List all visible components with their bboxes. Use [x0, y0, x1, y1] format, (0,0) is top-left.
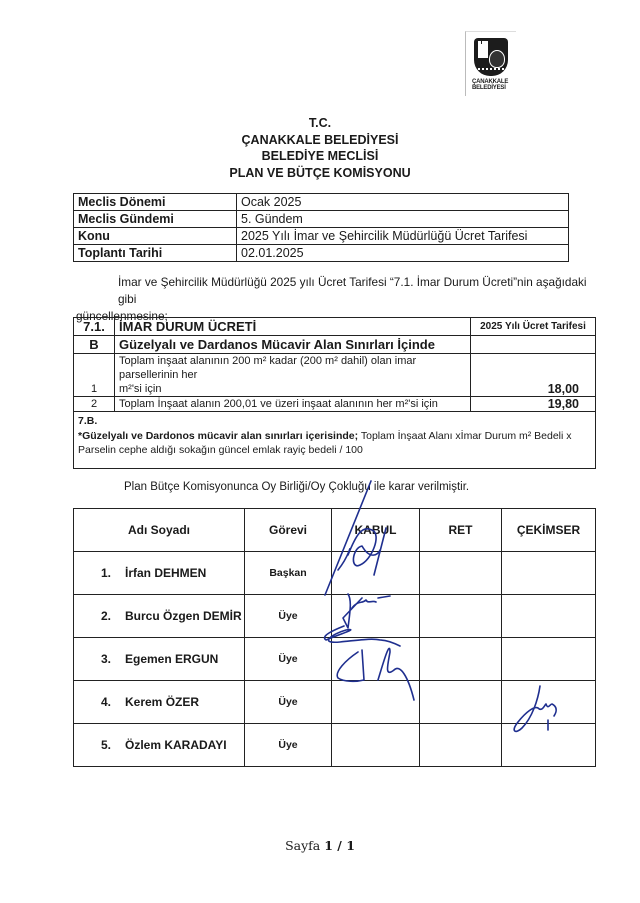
footer-prefix: Sayfa	[285, 838, 324, 853]
tariff-value: 19,80	[471, 397, 596, 412]
reject-cell	[420, 638, 502, 681]
abstain-cell	[502, 681, 596, 724]
table-row: 3.Egemen ERGUN Üye	[74, 638, 596, 681]
tariff-table: 7.1. İMAR DURUM ÜCRETİ 2025 Yılı Ücret T…	[73, 317, 596, 469]
page-number: 1 / 1	[324, 838, 355, 853]
note-bold: *Güzelyalı ve Dardonos mücavir alan sını…	[78, 430, 358, 442]
tariff-column-header: 2025 Yılı Ücret Tarifesi	[471, 318, 596, 336]
header-line: T.C.	[0, 115, 640, 132]
vote-header-row: Adı Soyadı Görevi KABUL RET ÇEKİMSER	[74, 509, 596, 552]
section-title: Güzelyalı ve Dardanos Mücavir Alan Sınır…	[115, 336, 471, 354]
member-role: Üye	[245, 595, 332, 638]
info-value: 02.01.2025	[237, 245, 569, 262]
abstain-cell	[502, 724, 596, 767]
table-row: Meclis DönemiOcak 2025	[74, 194, 569, 211]
description-line: m²'si için	[119, 382, 466, 396]
tariff-code: 7.1.	[74, 318, 115, 336]
reject-cell	[420, 681, 502, 724]
table-row: 1 Toplam inşaat alanının 200 m² kadar (2…	[74, 354, 596, 397]
note-code: 7.B.	[78, 414, 591, 429]
accept-cell	[332, 595, 420, 638]
tariff-note-row: 7.B. *Güzelyalı ve Dardonos mücavir alan…	[74, 412, 596, 469]
info-value: 2025 Yılı İmar ve Şehircilik Müdürlüğü Ü…	[237, 228, 569, 245]
accept-cell	[332, 724, 420, 767]
member-role: Üye	[245, 724, 332, 767]
decision-text: Plan Bütçe Komisyonunca Oy Birliği/Oy Ço…	[124, 481, 469, 493]
info-label: Meclis Gündemi	[74, 211, 237, 228]
page-footer: Sayfa 1 / 1	[0, 838, 640, 853]
member-role: Üye	[245, 681, 332, 724]
description-line: Toplam inşaat alanının 200 m² kadar (200…	[119, 354, 466, 382]
table-row: Meclis Gündemi5. Gündem	[74, 211, 569, 228]
table-row: 4.Kerem ÖZER Üye	[74, 681, 596, 724]
table-row: Toplantı Tarihi02.01.2025	[74, 245, 569, 262]
abstain-cell	[502, 552, 596, 595]
abstain-cell	[502, 595, 596, 638]
municipality-logo: ÇANAKKALE BELEDİYESİ	[465, 31, 516, 96]
reject-cell	[420, 552, 502, 595]
header-line: PLAN VE BÜTÇE KOMİSYONU	[0, 165, 640, 182]
member-name: 2.Burcu Özgen DEMİR	[74, 595, 245, 638]
row-description: Toplam İnşaat alanın 200,01 ve üzeri inş…	[115, 397, 471, 412]
header-accept: KABUL	[332, 509, 420, 552]
header-line: ÇANAKKALE BELEDİYESİ	[0, 132, 640, 149]
row-number: 2	[74, 397, 115, 412]
header-reject: RET	[420, 509, 502, 552]
section-code: B	[74, 336, 115, 354]
logo-text-line2: BELEDİYESİ	[472, 85, 516, 91]
empty-cell	[471, 336, 596, 354]
reject-cell	[420, 595, 502, 638]
accept-cell	[332, 552, 420, 595]
info-value: Ocak 2025	[237, 194, 569, 211]
tariff-note: 7.B. *Güzelyalı ve Dardonos mücavir alan…	[74, 412, 596, 469]
member-name: 3.Egemen ERGUN	[74, 638, 245, 681]
info-label: Toplantı Tarihi	[74, 245, 237, 262]
shield-emblem-icon	[474, 38, 508, 76]
info-label: Meclis Dönemi	[74, 194, 237, 211]
accept-cell	[332, 681, 420, 724]
table-row: 5.Özlem KARADAYI Üye	[74, 724, 596, 767]
header-name: Adı Soyadı	[74, 509, 245, 552]
tariff-header-row: 7.1. İMAR DURUM ÜCRETİ 2025 Yılı Ücret T…	[74, 318, 596, 336]
tariff-title: İMAR DURUM ÜCRETİ	[115, 318, 471, 336]
member-name: 4.Kerem ÖZER	[74, 681, 245, 724]
header-role: Görevi	[245, 509, 332, 552]
tariff-section-row: B Güzelyalı ve Dardanos Mücavir Alan Sın…	[74, 336, 596, 354]
member-name: 1.İrfan DEHMEN	[74, 552, 245, 595]
table-row: Konu2025 Yılı İmar ve Şehircilik Müdürlü…	[74, 228, 569, 245]
header-abstain: ÇEKİMSER	[502, 509, 596, 552]
castle-tower-icon	[478, 44, 488, 58]
row-number: 1	[74, 354, 115, 397]
row-description: Toplam inşaat alanının 200 m² kadar (200…	[115, 354, 471, 397]
member-role: Üye	[245, 638, 332, 681]
document-header: T.C. ÇANAKKALE BELEDİYESİ BELEDİYE MECLİ…	[0, 115, 640, 181]
member-name: 5.Özlem KARADAYI	[74, 724, 245, 767]
intro-line: İmar ve Şehircilik Müdürlüğü 2025 yılı Ü…	[78, 274, 593, 308]
abstain-cell	[502, 638, 596, 681]
table-row: 2.Burcu Özgen DEMİR Üye	[74, 595, 596, 638]
member-role: Başkan	[245, 552, 332, 595]
info-value: 5. Gündem	[237, 211, 569, 228]
vote-table: Adı Soyadı Görevi KABUL RET ÇEKİMSER 1.İ…	[73, 508, 596, 767]
note-text: *Güzelyalı ve Dardonos mücavir alan sını…	[78, 429, 591, 458]
accept-cell	[332, 638, 420, 681]
reject-cell	[420, 724, 502, 767]
header-line: BELEDİYE MECLİSİ	[0, 148, 640, 165]
table-row: 2 Toplam İnşaat alanın 200,01 ve üzeri i…	[74, 397, 596, 412]
amphora-icon	[489, 50, 505, 68]
table-row: 1.İrfan DEHMEN Başkan	[74, 552, 596, 595]
tariff-value: 18,00	[471, 354, 596, 397]
meeting-info-table: Meclis DönemiOcak 2025 Meclis Gündemi5. …	[73, 193, 569, 262]
wave-icon	[478, 68, 504, 73]
info-label: Konu	[74, 228, 237, 245]
